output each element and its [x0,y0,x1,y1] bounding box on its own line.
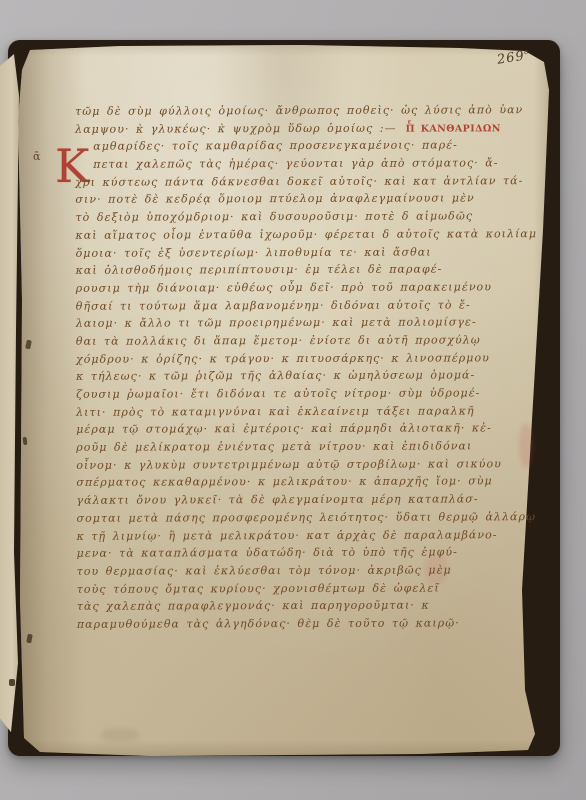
text-line: γάλακτι ὄνου γλυκεῖ· τὰ δὲ φλεγμαίνομτα … [76,492,528,511]
text-line: τὸ δεξιὸμ ὑποχόμδριομ· καὶ δυσουροῦσιμ· … [75,209,527,228]
text-line: κ τήλεως· κ τῶμ ῥιζῶμ τῆς ἀλθαίας· κ ὠμη… [76,369,528,388]
text-line: καὶ ὀλισθοδήμοις περιπίπτουσιμ· ἐμ τέλει… [76,262,528,281]
text-line: αμθαρίδες· τοῖς καμθαρίδας προσενεγκαμέν… [75,139,527,158]
text-line: θῆσαί τι τούτωμ ἅμα λαμβανομένημ· διδόνα… [76,298,528,317]
text-line: κ τῇ λιμνίῳ· ἢ μετὰ μελικράτου· κατ ἀρχὰ… [77,528,529,547]
margin-chapter-numeral: ᾱ [33,150,40,163]
text-line: του θερμασίας· καὶ ἐκλύεσθαι τὸμ τόνομ· … [77,563,529,582]
text-line: οἶνομ· κ γλυκὺμ συντετριμμένωμ αὐτῷ στρο… [76,457,528,476]
text-line: σιν· ποτὲ δὲ κεδρέᾳ ὅμοιομ πτύελομ ἀναφλ… [75,192,527,211]
text-line: σπέρματος κεκαθαρμένου· κ μελικράτου· κ … [76,475,528,494]
folio-mark: o [523,48,529,57]
text-line: λαμψου· κ̀ γλυκέως· κ̀ ψυχρὸμ ὕδωρ ὁμοίω… [75,121,527,140]
text-line: παραμυθούμεθα τὰς ἀλγηδόνας· θὲμ δὲ τοῦτ… [77,616,529,635]
text-line: ροῦμ δὲ μελίκρατομ ἐνιέντας μετὰ νίτρου·… [76,439,528,458]
text-line: πεται χαλεπῶς τὰς ἡμέρας· γεύονται γὰρ ἀ… [75,156,527,175]
text-line: μέραμ τῷ στομάχῳ· καὶ ἐμτέροις· καὶ πάρμ… [76,422,528,441]
manuscript-photo: { "photo": { "background_top": "#b9b7b8"… [0,0,586,800]
text-line: ζουσιμ ῥωμαῖοι· ἔτι διδόναι τε αὐτοῖς νί… [76,386,528,405]
text-line: μενα· τὰ καταπλάσματα ὑδατώδη· διὰ τὸ ὑπ… [77,545,529,564]
text-line: σομται μετὰ πάσης προσφερομένης λειότητο… [76,510,528,529]
rubric-abbreviation: ε [408,117,412,125]
text-line: τῶμ δὲ σὺμ φύλλοις ὁμοίως· ἄνθρωπος ποθε… [75,103,527,122]
text-block: τῶμ δὲ σὺμ φύλλοις ὁμοίως· ἄνθρωπος ποθε… [75,103,529,635]
text-line: ρουσιμ τὴμ διάνοιαμ· εὐθέως οὖμ δεῖ· πρὸ… [76,280,528,299]
text-line: λιτι· πρὸς τὸ καταμιγνύναι καὶ ἐκλεαίνει… [76,404,528,423]
ink-stain [100,728,140,742]
text-line: ὅμοια· τοῖς ἐξ ὑσεντερίωμ· λιποθυμία τε·… [76,245,528,264]
stitching-mark [9,679,15,686]
text-line: τοὺς τόπους ὄμτας κυρίους· χρονισθέμτωμ … [77,581,529,600]
text-line: λαιομ· κ ἄλλο τι τῶμ προειρημένωμ· καὶ μ… [76,315,528,334]
text-line: τὰς χαλεπὰς παραφλεγμονάς· καὶ παρηγοροῦ… [77,598,529,617]
text-line: θαι τὰ πολλάκις δι ἅπαμ ἕμετομ· ἐνίοτε δ… [76,333,528,352]
text-line: καὶ αἵματος οἷομ ἐνταῦθα ἰχωροῦμ· φέρετα… [76,227,528,246]
text-line: χρι κύστεως πάντα δάκνεσθαι δοκεῖ αὐτοῖς… [75,174,527,193]
chapter-rubric: Πε ΚΑΝΘΑΡΙΔΩΝ [406,123,501,134]
text-line: χόμδρου· κ ὀρίζης· κ τράγου· κ πιτυοσάρκ… [76,351,528,370]
